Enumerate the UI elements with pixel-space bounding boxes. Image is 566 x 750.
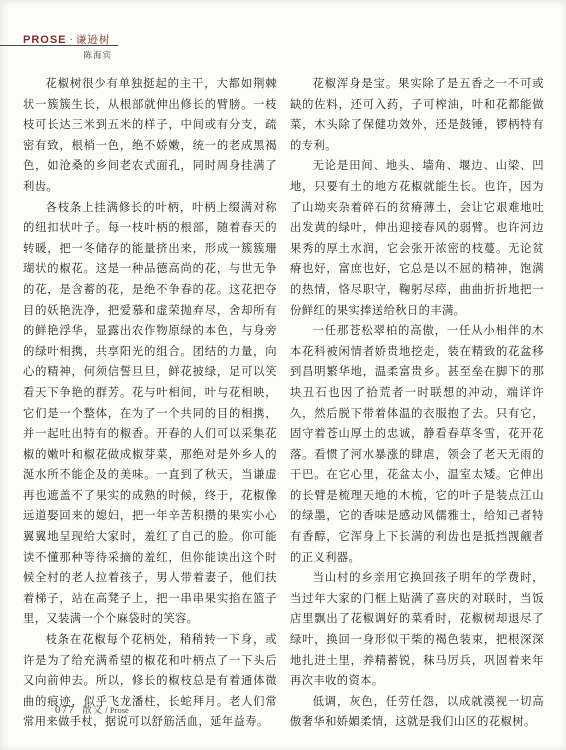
left-column: 花椒树很少有单独挺起的主干，大都如荆棘状一簇簇生长，从根部就伸出修长的臂膀。一枝… [23, 74, 277, 733]
author-name: 陈海宾 [0, 49, 112, 61]
article-body: 花椒树很少有单独挺起的主干，大都如荆棘状一簇簇生长，从根部就伸出修长的臂膀。一枝… [23, 74, 545, 733]
paragraph: 一任那苍松翠柏的高傲，一任从小相伴的木本花科被闲情者娇贵地挖走，装在精致的花盆移… [290, 321, 544, 568]
header-rule [0, 45, 118, 46]
paragraph: 当山村的乡亲用它换回孩子明年的学费时，当过年大家的门框上贴满了喜庆的对联时，当饭… [290, 568, 544, 692]
page-footer: 077散文/Prose [55, 700, 129, 718]
page-number: 077 [55, 705, 75, 716]
paragraph: 花椒浑身是宝。果实除了是五香之一不可或缺的佐料，还可入药，子可榨油，叶和花都能做… [290, 74, 544, 156]
paragraph: 花椒树很少有单独挺起的主干，大都如荆棘状一簇簇生长，从根部就伸出修长的臂膀。一枝… [23, 74, 277, 198]
magazine-page: PROSE·谦逊树 陈海宾 花椒树很少有单独挺起的主干，大都如荆棘状一簇簇生长，… [0, 0, 566, 750]
footer-section-en: Prose [110, 705, 129, 715]
paragraph: 无论是田间、地头、墙角、堰边、山梁、凹地，只要有土的地方花椒就能生长。也许，因为… [290, 156, 544, 321]
footer-section-zh: 散文 [82, 706, 103, 716]
footer-slash: / [105, 706, 108, 716]
paragraph: 低调，灰色，任劳任怨，以成就漠视一切高傲奢华和娇媚柔情，这就是我们山区的花椒树。 [290, 692, 544, 733]
paragraph: 各枝条上挂满修长的叶柄，叶柄上缀满对称的纽扣状叶子。每一枝叶柄的根部，随着春天的… [23, 198, 277, 630]
right-column: 花椒浑身是宝。果实除了是五香之一不可或缺的佐料，还可入药，子可榨油，叶和花都能做… [290, 74, 544, 733]
